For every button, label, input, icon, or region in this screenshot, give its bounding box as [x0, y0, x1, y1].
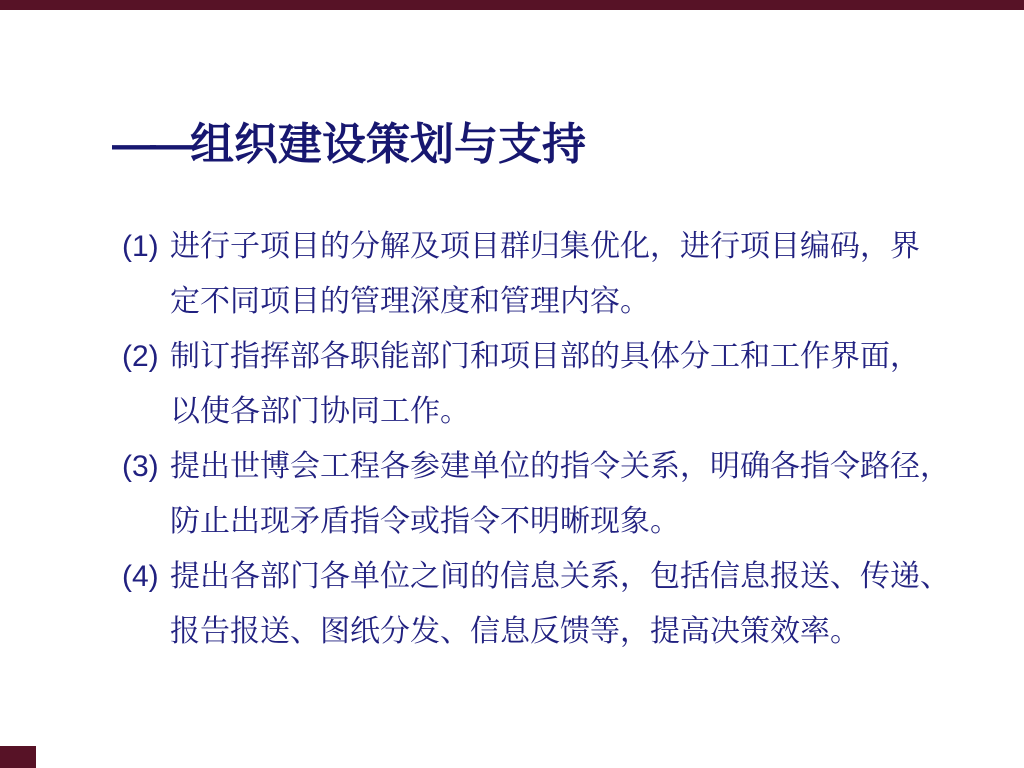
list-item-4-line-2: 报告报送、图纸分发、信息反馈等，提高决策效率。: [122, 604, 982, 659]
list-item-3-line-1: (3)提出世博会工程各参建单位的指令关系，明确各指令路径，: [122, 439, 982, 494]
item-4-text-cont: 报告报送、图纸分发、信息反馈等，提高决策效率。: [170, 604, 860, 659]
body-list: (1)进行子项目的分解及项目群归集优化，进行项目编码，界 定不同项目的管理深度和…: [122, 219, 982, 659]
item-2-marker: (2): [122, 329, 170, 384]
item-1-marker: (1): [122, 219, 170, 274]
list-item-1-line-2: 定不同项目的管理深度和管理内容。: [122, 274, 982, 329]
title-text: 组织建设策划与支持: [190, 120, 586, 169]
slide-canvas: ——组织建设策划与支持 (1)进行子项目的分解及项目群归集优化，进行项目编码，界…: [0, 0, 1024, 768]
list-item-2-line-1: (2)制订指挥部各职能部门和项目部的具体分工和工作界面，: [122, 329, 982, 384]
slide-title: ——组织建设策划与支持: [112, 120, 586, 170]
list-item-1-line-1: (1)进行子项目的分解及项目群归集优化，进行项目编码，界: [122, 219, 982, 274]
item-4-text: 提出各部门各单位之间的信息关系，包括信息报送、传递、: [170, 549, 950, 604]
title-dash: ——: [112, 120, 188, 169]
item-3-text-cont: 防止出现矛盾指令或指令不明晰现象。: [170, 494, 680, 549]
list-item-3-line-2: 防止出现矛盾指令或指令不明晰现象。: [122, 494, 982, 549]
item-2-text-cont: 以使各部门协同工作。: [170, 384, 470, 439]
item-3-text: 提出世博会工程各参建单位的指令关系，明确各指令路径，: [170, 439, 950, 494]
list-item-2-line-2: 以使各部门协同工作。: [122, 384, 982, 439]
item-4-marker: (4): [122, 549, 170, 604]
corner-accent-block: [0, 746, 36, 768]
item-3-marker: (3): [122, 439, 170, 494]
item-1-text-cont: 定不同项目的管理深度和管理内容。: [170, 274, 650, 329]
item-1-text: 进行子项目的分解及项目群归集优化，进行项目编码，界: [170, 219, 920, 274]
top-accent-bar: [0, 0, 1024, 10]
item-2-text: 制订指挥部各职能部门和项目部的具体分工和工作界面，: [170, 329, 920, 384]
list-item-4-line-1: (4)提出各部门各单位之间的信息关系，包括信息报送、传递、: [122, 549, 982, 604]
